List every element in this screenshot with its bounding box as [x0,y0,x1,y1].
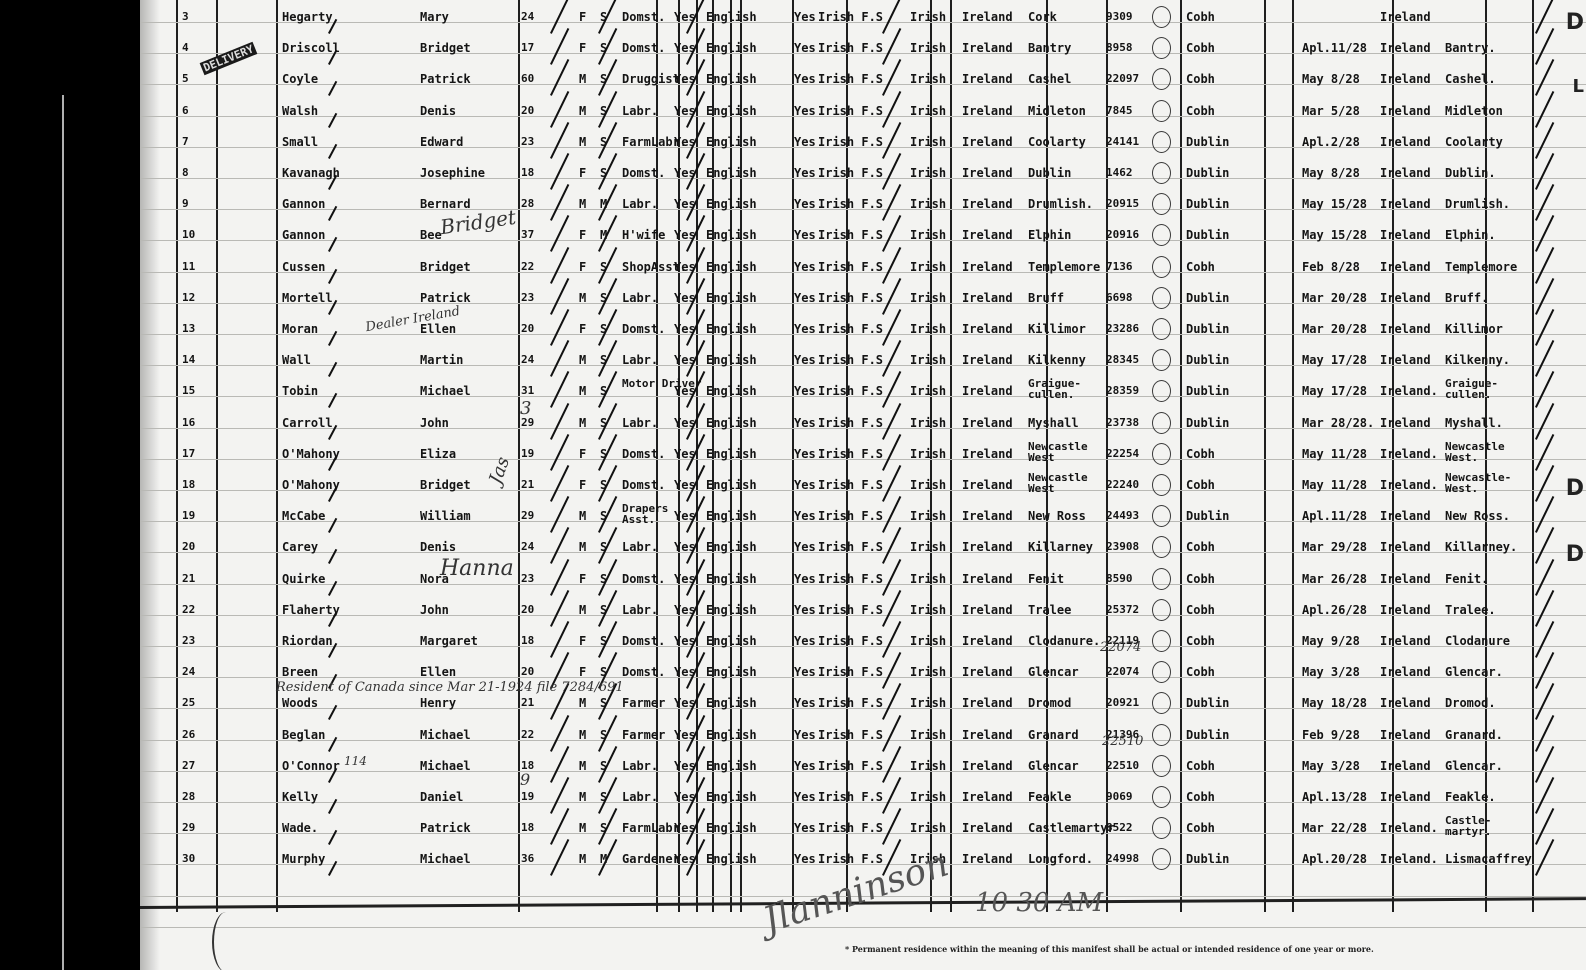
inspector-circle-mark [1152,380,1171,402]
cell-age: 37 [521,228,534,242]
table-row: 3HegartyMary24FSDomst.YesEnglishYesIrish… [140,4,1586,35]
ref-correction-row27: 22510 [1102,734,1143,749]
table-row: 20CareyDenis24MSLabr.YesEnglishYesIrish … [140,534,1586,565]
cell-line: 8 [182,166,189,180]
cell-sex: M [579,291,586,305]
cell-given: Michael [420,852,471,866]
inspector-circle-mark [1152,100,1171,122]
cell-people: Irish [910,228,946,242]
cell-people: Irish [910,572,946,586]
cell-age: 20 [521,322,534,336]
cell-port: Cobh [1186,665,1215,679]
cell-given: Mary [420,10,449,24]
cell-country: Ireland [962,478,1013,492]
cell-country: Ireland [962,790,1013,804]
cell-country: Ireland [962,821,1013,835]
cell-people: Irish [910,603,946,617]
cell-age: 20 [521,665,534,679]
cell-date: May 8/28 [1302,166,1360,180]
cell-people: Irish [910,821,946,835]
cell-sex: F [579,322,586,336]
cell-race-nationality: Irish F.S [818,135,883,149]
cell-place2: Templemore [1445,260,1517,274]
cell-read2: Yes [794,41,816,55]
footnote: * Permanent residence within the meaning… [845,944,1374,954]
handwritten-residency-note: Resident of Canada since Mar 21-1924 fil… [276,680,624,695]
cell-date: Feb 8/28 [1302,260,1360,274]
cell-race-nationality: Irish F.S [818,228,883,242]
cell-read2: Yes [794,728,816,742]
cell-people: Irish [910,72,946,86]
cell-port: Cobh [1186,10,1215,24]
cell-people: Irish [910,790,946,804]
cell-surname: Flaherty [282,603,340,617]
cell-surname: Mortell [282,291,333,305]
cell-surname: Carey [282,540,318,554]
cell-language: English [706,572,757,586]
cell-country: Ireland [962,135,1013,149]
cell-read2: Yes [794,572,816,586]
cell-country2: Ireland [1380,166,1431,180]
cell-country2: Ireland [1380,10,1431,24]
cell-ref: 20921 [1106,696,1139,710]
table-row: 8KavanaghJosephine18FSDomst.YesEnglishYe… [140,160,1586,191]
cell-date: May 11/28 [1302,478,1367,492]
cell-country: Ireland [962,197,1013,211]
cell-line: 29 [182,821,195,835]
cell-line: 5 [182,72,189,86]
cell-place: Kilkenny [1028,353,1086,367]
cell-people: Irish [910,322,946,336]
cell-country2: Ireland. [1380,478,1438,492]
cell-surname: O'Mahony [282,478,340,492]
check-mark-icon [328,799,337,814]
inspector-circle-mark [1152,536,1171,558]
table-row: 5CoylePatrick60MSDruggist.YesEnglishYesI… [140,66,1586,97]
inspector-circle-mark [1152,724,1171,746]
cell-sex: M [579,416,586,430]
cell-language: English [706,540,757,554]
cell-occupation: Labr. [622,291,658,305]
cell-port: Cobh [1186,540,1215,554]
scan-border-left [0,0,140,970]
cell-given: Patrick [420,821,471,835]
cell-line: 17 [182,447,195,461]
cell-race-nationality: Irish F.S [818,353,883,367]
cell-place2: Tralee. [1445,603,1496,617]
cell-country: Ireland [962,572,1013,586]
cell-language: English [706,260,757,274]
margin-mark-d: D [1566,476,1584,501]
cell-occupation: Labr. [622,416,658,430]
cell-ref: 20915 [1106,197,1139,211]
cell-country2: Ireland [1380,696,1431,710]
cell-place: Granard [1028,728,1079,742]
cell-surname: McCabe [282,509,325,523]
cell-age: 24 [521,10,534,24]
check-mark-icon [328,112,337,127]
cell-ref: 25372 [1106,603,1139,617]
cell-country: Ireland [962,260,1013,274]
cell-people: Irish [910,478,946,492]
cell-ref: 20916 [1106,228,1139,242]
cell-occupation: Domst. [622,572,665,586]
cell-given: Josephine [420,166,485,180]
cell-age: 20 [521,104,534,118]
cell-language: English [706,416,757,430]
cell-place: Drumlish. [1028,197,1093,211]
cell-age: 17 [521,41,534,55]
cell-language: English [706,166,757,180]
inspector-circle-mark [1152,755,1171,777]
cell-place: Midleton [1028,104,1086,118]
cell-ref: 9309 [1106,10,1133,24]
cell-country: Ireland [962,228,1013,242]
cell-port: Cobh [1186,603,1215,617]
cell-date: Apl.2/28 [1302,135,1360,149]
cell-language: English [706,322,757,336]
cell-line: 28 [182,790,195,804]
check-mark-icon [328,861,337,876]
cell-date: May 18/28 [1302,696,1367,710]
cell-race-nationality: Irish F.S [818,41,883,55]
cell-read2: Yes [794,72,816,86]
cell-sex: M [579,728,586,742]
cell-date: Mar 20/28 [1302,322,1367,336]
cell-place2: Bruff. [1445,291,1488,305]
cell-place2: Newcastle-West. [1445,472,1525,494]
cell-line: 22 [182,603,195,617]
cell-place: Bruff [1028,291,1064,305]
cell-place2: Feakle. [1445,790,1496,804]
check-mark-icon [328,237,337,252]
cell-language: English [706,41,757,55]
cell-given: Denis [420,540,456,554]
cell-ref: 28359 [1106,384,1139,398]
cell-port: Dublin [1186,322,1229,336]
cell-sex: M [579,821,586,835]
table-row: 4DriscollBridget17FSDomst.YesEnglishYesI… [140,35,1586,66]
cell-country: Ireland [962,852,1013,866]
cell-place2: Myshall. [1445,416,1503,430]
cell-age: 23 [521,572,534,586]
cell-read2: Yes [794,447,816,461]
cell-port: Dublin [1186,197,1229,211]
cell-sex: F [579,228,586,242]
cell-ref: 22097 [1106,72,1139,86]
inspector-circle-mark [1152,287,1171,309]
cell-ref: 24493 [1106,509,1139,523]
cell-age: 22 [521,728,534,742]
cell-port: Dublin [1186,166,1229,180]
cell-sex: M [579,384,586,398]
ref-correction-row24: 22074 [1100,640,1141,655]
cell-surname: Wade. [282,821,318,835]
cell-age: 29 [521,509,534,523]
cell-ref: 22240 [1106,478,1139,492]
cell-country2: Ireland [1380,790,1431,804]
cell-given: Bridget [420,260,471,274]
table-row: 21QuirkeNora23FSDomst.YesEnglishYesIrish… [140,566,1586,597]
cell-language: English [706,665,757,679]
cell-age: 23 [521,291,534,305]
cell-port: Cobh [1186,447,1215,461]
cell-read2: Yes [794,821,816,835]
cell-country: Ireland [962,447,1013,461]
cell-given: John [420,416,449,430]
cell-given: Bee [420,228,442,242]
cell-date: May 3/28 [1302,665,1360,679]
cell-language: English [706,821,757,835]
cell-language: English [706,10,757,24]
cell-sex: M [579,104,586,118]
cell-country: Ireland [962,759,1013,773]
cell-occupation: Domst. [622,166,665,180]
cell-ref: 22510 [1106,759,1139,773]
cell-sex: M [579,135,586,149]
check-mark-icon [328,705,337,720]
cell-language: English [706,135,757,149]
cell-port: Dublin [1186,852,1229,866]
cell-language: English [706,384,757,398]
cell-place: Castlemartyr [1028,821,1115,835]
cell-given: Patrick [420,72,471,86]
cell-country2: Ireland [1380,322,1431,336]
cell-race-nationality: Irish F.S [818,821,883,835]
cell-port: Dublin [1186,353,1229,367]
cell-line: 16 [182,416,195,430]
cell-language: English [706,509,757,523]
cell-read2: Yes [794,790,816,804]
cell-ref: 23908 [1106,540,1139,554]
cell-country: Ireland [962,41,1013,55]
cell-given: Michael [420,728,471,742]
cell-age: 18 [521,166,534,180]
cell-line: 24 [182,665,195,679]
cell-race-nationality: Irish F.S [818,509,883,523]
cell-port: Dublin [1186,135,1229,149]
cell-country2: Ireland [1380,603,1431,617]
cell-country: Ireland [962,291,1013,305]
check-mark-icon [328,144,337,159]
cell-country2: Ireland [1380,353,1431,367]
cell-line: 23 [182,634,195,648]
cell-ref: 23738 [1106,416,1139,430]
cell-country: Ireland [962,540,1013,554]
cell-race-nationality: Irish F.S [818,104,883,118]
inspector-circle-mark [1152,568,1171,590]
cell-sex: F [579,10,586,24]
cell-occupation: Domst. [622,665,665,679]
cell-country2: Ireland [1380,540,1431,554]
cell-line: 19 [182,509,195,523]
cell-occupation: Labr. [622,759,658,773]
time-note: 10 30 AM [975,888,1103,918]
cell-people: Irish [910,447,946,461]
cell-date: Mar 5/28 [1302,104,1360,118]
inspector-circle-mark [1152,412,1171,434]
cell-port: Cobh [1186,478,1215,492]
inspector-circle-mark [1152,37,1171,59]
check-mark-icon [328,206,337,221]
check-mark-icon [328,580,337,595]
cell-place2: New Ross. [1445,509,1510,523]
cell-ref: 28345 [1106,353,1139,367]
cell-place2: Fenit. [1445,572,1488,586]
cell-line: 10 [182,228,195,242]
cell-date: Mar 29/28 [1302,540,1367,554]
cell-date: Mar 28/28. [1302,416,1374,430]
cell-race-nationality: Irish F.S [818,478,883,492]
cell-place2: Graigue-cullen. [1445,378,1525,400]
film-scratch [62,95,64,970]
cell-sex: M [579,852,586,866]
cell-given: Eliza [420,447,456,461]
cell-ref: 24998 [1106,852,1139,866]
handwritten-note-row27: 114 [344,754,367,768]
cell-port: Dublin [1186,416,1229,430]
check-mark-icon [328,393,337,408]
inspector-circle-mark [1152,599,1171,621]
cell-place2: Lismacaffrey [1445,852,1532,866]
cell-port: Dublin [1186,384,1229,398]
table-row: 13MoranEllen20FSDomst.YesEnglishYesIrish… [140,316,1586,347]
manifest-page: 3HegartyMary24FSDomst.YesEnglishYesIrish… [140,0,1586,970]
inspector-circle-mark [1152,256,1171,278]
cell-date: Apl.20/28 [1302,852,1367,866]
cell-surname: Quirke [282,572,325,586]
cell-port: Cobh [1186,821,1215,835]
cell-place2: Killarney. [1445,540,1517,554]
cell-race-nationality: Irish F.S [818,197,883,211]
cell-surname: Hegarty [282,10,333,24]
cell-sex: F [579,478,586,492]
cell-age: 36 [521,852,534,866]
cell-place2: Dromod. [1445,696,1496,710]
cell-race-nationality: Irish F.S [818,384,883,398]
cell-sex: F [579,166,586,180]
cell-sex: F [579,665,586,679]
cell-given: Henry [420,696,456,710]
cell-people: Irish [910,416,946,430]
cell-country2: Ireland [1380,197,1431,211]
cell-country: Ireland [962,322,1013,336]
check-mark-icon [328,362,337,377]
cell-country2: Ireland. [1380,384,1438,398]
cell-people: Irish [910,353,946,367]
cell-date: Apl.13/28 [1302,790,1367,804]
inspector-circle-mark [1152,848,1171,870]
cell-people: Irish [910,135,946,149]
cell-country2: Ireland [1380,728,1431,742]
cell-read2: Yes [794,228,816,242]
cell-read2: Yes [794,10,816,24]
cell-people: Irish [910,10,946,24]
cell-port: Cobh [1186,41,1215,55]
cell-line: 20 [182,540,195,554]
cell-sex: M [579,790,586,804]
cell-read2: Yes [794,322,816,336]
cell-sex: M [579,696,586,710]
cell-sex: M [579,540,586,554]
cell-place: Cork [1028,10,1057,24]
cell-surname: Tobin [282,384,318,398]
cell-place2: Clodanure [1445,634,1510,648]
cell-occupation: Labr. [622,790,658,804]
check-mark-icon [328,830,337,845]
table-row: 28KellyDaniel19MSLabr.YesEnglishYesIrish… [140,784,1586,815]
cell-occupation: Domst. [622,447,665,461]
cell-people: Irish [910,197,946,211]
cell-people: Irish [910,540,946,554]
cell-country2: Ireland [1380,41,1431,55]
cell-people: Irish [910,759,946,773]
cell-given: Bridget [420,41,471,55]
cell-race-nationality: Irish F.S [818,10,883,24]
table-row: 7SmallEdward23MSFarmLabr.YesEnglishYesIr… [140,129,1586,160]
inspector-circle-mark [1152,474,1171,496]
cell-place: Killimor [1028,322,1086,336]
cell-ref: 22074 [1106,665,1139,679]
cell-language: English [706,790,757,804]
cell-place: Dromod [1028,696,1071,710]
cell-ref: 1462 [1106,166,1133,180]
cell-read2: Yes [794,478,816,492]
cell-read2: Yes [794,759,816,773]
cell-line: 25 [182,696,195,710]
cell-people: Irish [910,384,946,398]
cell-surname: Gannon [282,197,325,211]
cell-read2: Yes [794,197,816,211]
cell-occupation: Farmer [622,696,665,710]
table-row: 19McCabeWilliam29MSDrapers Asst.YesEngli… [140,503,1586,534]
cell-sex: F [579,447,586,461]
inspector-circle-mark [1152,193,1171,215]
inspector-circle-mark [1152,224,1171,246]
cell-line: 30 [182,852,195,866]
cell-place2: Glencar. [1445,759,1503,773]
cell-ref: 8958 [1106,41,1133,55]
cell-country2: Ireland [1380,260,1431,274]
cell-date: May 17/28 [1302,353,1367,367]
cell-port: Dublin [1186,291,1229,305]
cell-people: Irish [910,728,946,742]
cell-occupation: Labr. [622,353,658,367]
cell-surname: Murphy [282,852,325,866]
cell-read2: Yes [794,665,816,679]
cell-read2: Yes [794,696,816,710]
cell-race-nationality: Irish F.S [818,416,883,430]
cell-occupation: Labr. [622,104,658,118]
cell-country: Ireland [962,509,1013,523]
table-row: 16CarrollJohn29MSLabr.YesEnglishYesIrish… [140,410,1586,441]
cell-given: Michael [420,759,471,773]
inspector-circle-mark [1152,817,1171,839]
cell-surname: Kelly [282,790,318,804]
cell-date: Mar 20/28 [1302,291,1367,305]
cell-people: Irish [910,41,946,55]
cell-ref: 7845 [1106,104,1133,118]
cell-line: 21 [182,572,195,586]
cell-race-nationality: Irish F.S [818,572,883,586]
cell-given: Edward [420,135,463,149]
cell-place2: Newcastle West. [1445,441,1525,463]
cell-age: 18 [521,821,534,835]
cell-line: 18 [182,478,195,492]
cell-country2: Ireland [1380,634,1431,648]
cell-surname: Carroll [282,416,333,430]
cell-line: 12 [182,291,195,305]
